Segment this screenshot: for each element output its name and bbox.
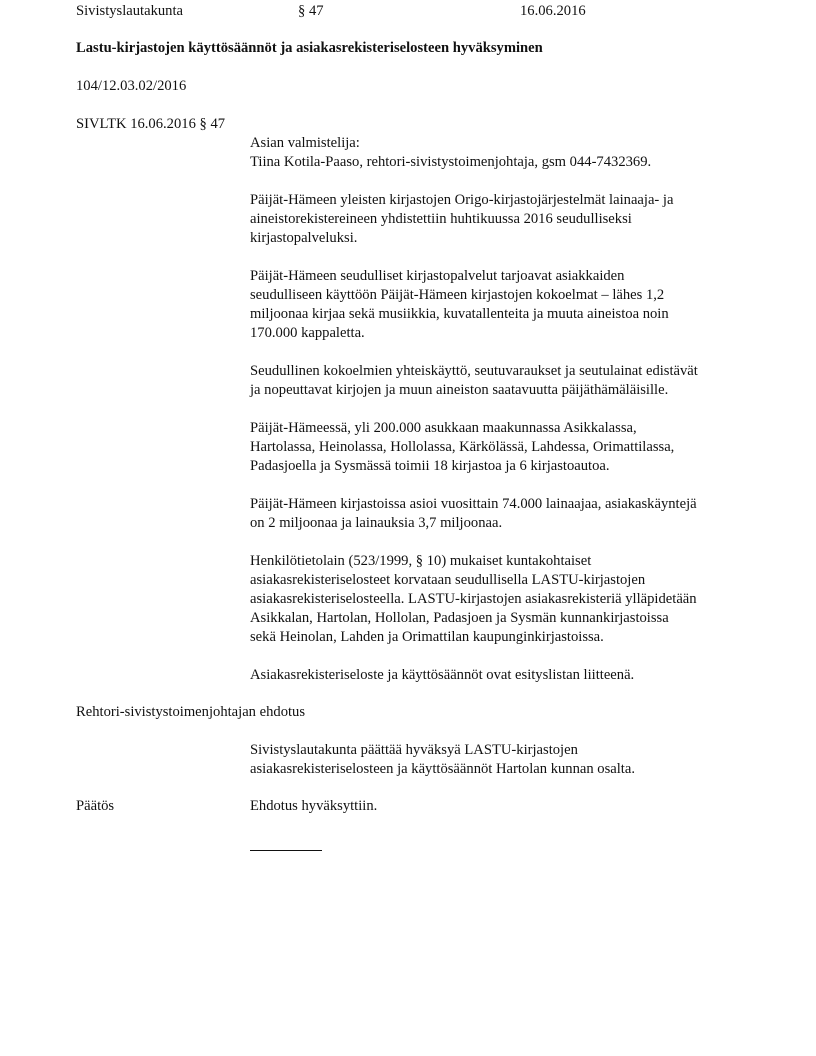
- body-paragraph: Henkilötietolain (523/1999, § 10) mukais…: [250, 552, 760, 647]
- paragraph-line: aineistorekistereineen yhdistettiin huht…: [250, 210, 760, 229]
- body-paragraph: Päijät-Hämeen yleisten kirjastojen Origo…: [250, 191, 760, 248]
- body-paragraph: Seudullinen kokoelmien yhteiskäyttö, seu…: [250, 362, 760, 400]
- header-committee: Sivistyslautakunta: [76, 2, 183, 21]
- paragraph-line: Päijät-Hämeessä, yli 200.000 asukkaan ma…: [250, 419, 760, 438]
- paragraph-line: Asikkalan, Hartolan, Hollolan, Padasjoen…: [250, 609, 760, 628]
- decision-label: Päätös: [76, 797, 114, 816]
- paragraph-line: Padasjoella ja Sysmässä toimii 18 kirjas…: [250, 457, 760, 476]
- paragraph-line: Tiina Kotila-Paaso, rehtori-sivistystoim…: [250, 153, 760, 172]
- body-paragraph: Päijät-Hämeessä, yli 200.000 asukkaan ma…: [250, 419, 760, 476]
- paragraph-line: Päijät-Hämeen yleisten kirjastojen Origo…: [250, 191, 760, 210]
- paragraph-line: Hartolassa, Heinolassa, Hollolassa, Kärk…: [250, 438, 760, 457]
- body-paragraph: Päijät-Hämeen seudulliset kirjastopalvel…: [250, 267, 760, 343]
- signature-rule: [250, 850, 322, 851]
- paragraph-line: Asian valmistelija:: [250, 134, 760, 153]
- paragraph-line: Päijät-Hämeen seudulliset kirjastopalvel…: [250, 267, 760, 286]
- paragraph-line: ja nopeuttavat kirjojen ja muun aineisto…: [250, 381, 760, 400]
- paragraph-line: seudulliseen käyttöön Päijät-Hämeen kirj…: [250, 286, 760, 305]
- paragraph-line: on 2 miljoonaa ja lainauksia 3,7 miljoon…: [250, 514, 760, 533]
- body-paragraph: Päijät-Hämeen kirjastoissa asioi vuositt…: [250, 495, 760, 533]
- reference-number: 104/12.03.02/2016: [76, 77, 186, 96]
- paragraph-line: miljoonaa kirjaa sekä musiikkia, kuvatal…: [250, 305, 760, 324]
- paragraph-line: kirjastopalveluksi.: [250, 229, 760, 248]
- paragraph-line: Päijät-Hämeen kirjastoissa asioi vuositt…: [250, 495, 760, 514]
- paragraph-line: asiakasrekisteriselosteet korvataan seud…: [250, 571, 760, 590]
- paragraph-line: Seudullinen kokoelmien yhteiskäyttö, seu…: [250, 362, 760, 381]
- proposal-line: asiakasrekisteriselosteen ja käyttösäänn…: [250, 760, 635, 779]
- paragraph-line: asiakasrekisteriselosteella. LASTU-kirja…: [250, 590, 760, 609]
- meeting-reference: SIVLTK 16.06.2016 § 47: [76, 115, 225, 134]
- paragraph-line: 170.000 kappaletta.: [250, 324, 760, 343]
- proposal-text: Sivistyslautakunta päättää hyväksyä LAST…: [250, 741, 635, 779]
- header-date: 16.06.2016: [520, 2, 586, 21]
- document-title: Lastu-kirjastojen käyttösäännöt ja asiak…: [76, 39, 543, 58]
- body-paragraph: Asiakasrekisteriseloste ja käyttösäännöt…: [250, 666, 760, 685]
- paragraph-line: Asiakasrekisteriseloste ja käyttösäännöt…: [250, 666, 760, 685]
- paragraph-line: Henkilötietolain (523/1999, § 10) mukais…: [250, 552, 760, 571]
- document-body: Asian valmistelija:Tiina Kotila-Paaso, r…: [250, 134, 760, 704]
- decision-text: Ehdotus hyväksyttiin.: [250, 797, 377, 816]
- body-paragraph: Asian valmistelija:Tiina Kotila-Paaso, r…: [250, 134, 760, 172]
- proposal-line: Sivistyslautakunta päättää hyväksyä LAST…: [250, 741, 635, 760]
- header-section: § 47: [298, 2, 324, 21]
- paragraph-line: sekä Heinolan, Lahden ja Orimattilan kau…: [250, 628, 760, 647]
- proposal-label: Rehtori-sivistystoimenjohtajan ehdotus: [76, 703, 305, 722]
